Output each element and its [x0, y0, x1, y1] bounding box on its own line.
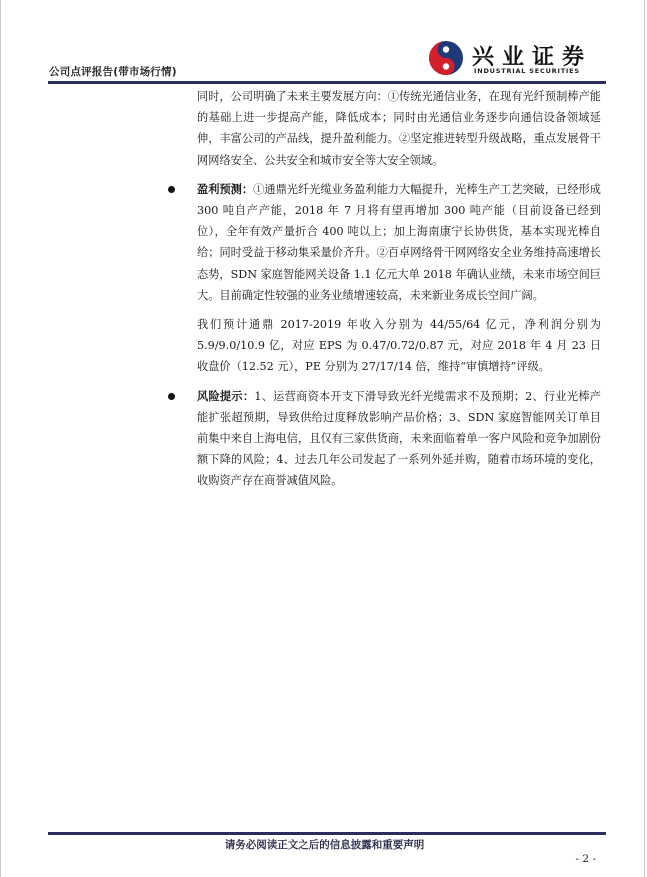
industrial-securities-logo-icon	[428, 40, 464, 76]
bullet-icon	[168, 186, 175, 193]
page: 公司点评报告(带市场行情) 兴业证券 INDUSTRIAL SECURITIES…	[0, 0, 645, 877]
footer-divider	[48, 832, 606, 835]
risk-warning-text: 1、运营商资本开支下滑导致光纤光缆需求不及预期；2、行业光棒产能扩张超预期，导致…	[197, 390, 601, 488]
development-direction-paragraph: 同时，公司明确了未来主要发展方向：①传统光通信业务，在现有光纤预制棒产能的基础上…	[197, 86, 601, 171]
page-number: - 2 -	[576, 853, 596, 865]
profit-forecast-text: ①通鼎光纤光缆业务盈利能力大幅提升，光棒生产工艺突破，已经形成 300 吨自产产…	[197, 183, 601, 302]
bullet-icon	[168, 393, 175, 400]
risk-warning-label: 风险提示：	[197, 389, 254, 403]
report-type-title: 公司点评报告(带市场行情)	[49, 64, 177, 79]
disclaimer-note: 请务必阅读正文之后的信息披露和重要声明	[1, 837, 647, 852]
logo-name-en: INDUSTRIAL SECURITIES	[474, 67, 580, 75]
estimate-paragraph: 我们预计通鼎 2017-2019 年收入分别为 44/55/64 亿元，净利润分…	[197, 314, 601, 378]
profit-forecast-section: 盈利预测：①通鼎光纤光缆业务盈利能力大幅提升，光棒生产工艺突破，已经形成 300…	[197, 179, 601, 306]
risk-warning-section: 风险提示：1、运营商资本开支下滑导致光纤光缆需求不及预期；2、行业光棒产能扩张超…	[197, 386, 601, 492]
company-logo: 兴业证券 INDUSTRIAL SECURITIES	[428, 40, 598, 78]
header-divider	[48, 81, 606, 84]
report-body: 同时，公司明确了未来主要发展方向：①传统光通信业务，在现有光纤预制棒产能的基础上…	[197, 86, 601, 492]
profit-forecast-label: 盈利预测：	[197, 182, 253, 196]
